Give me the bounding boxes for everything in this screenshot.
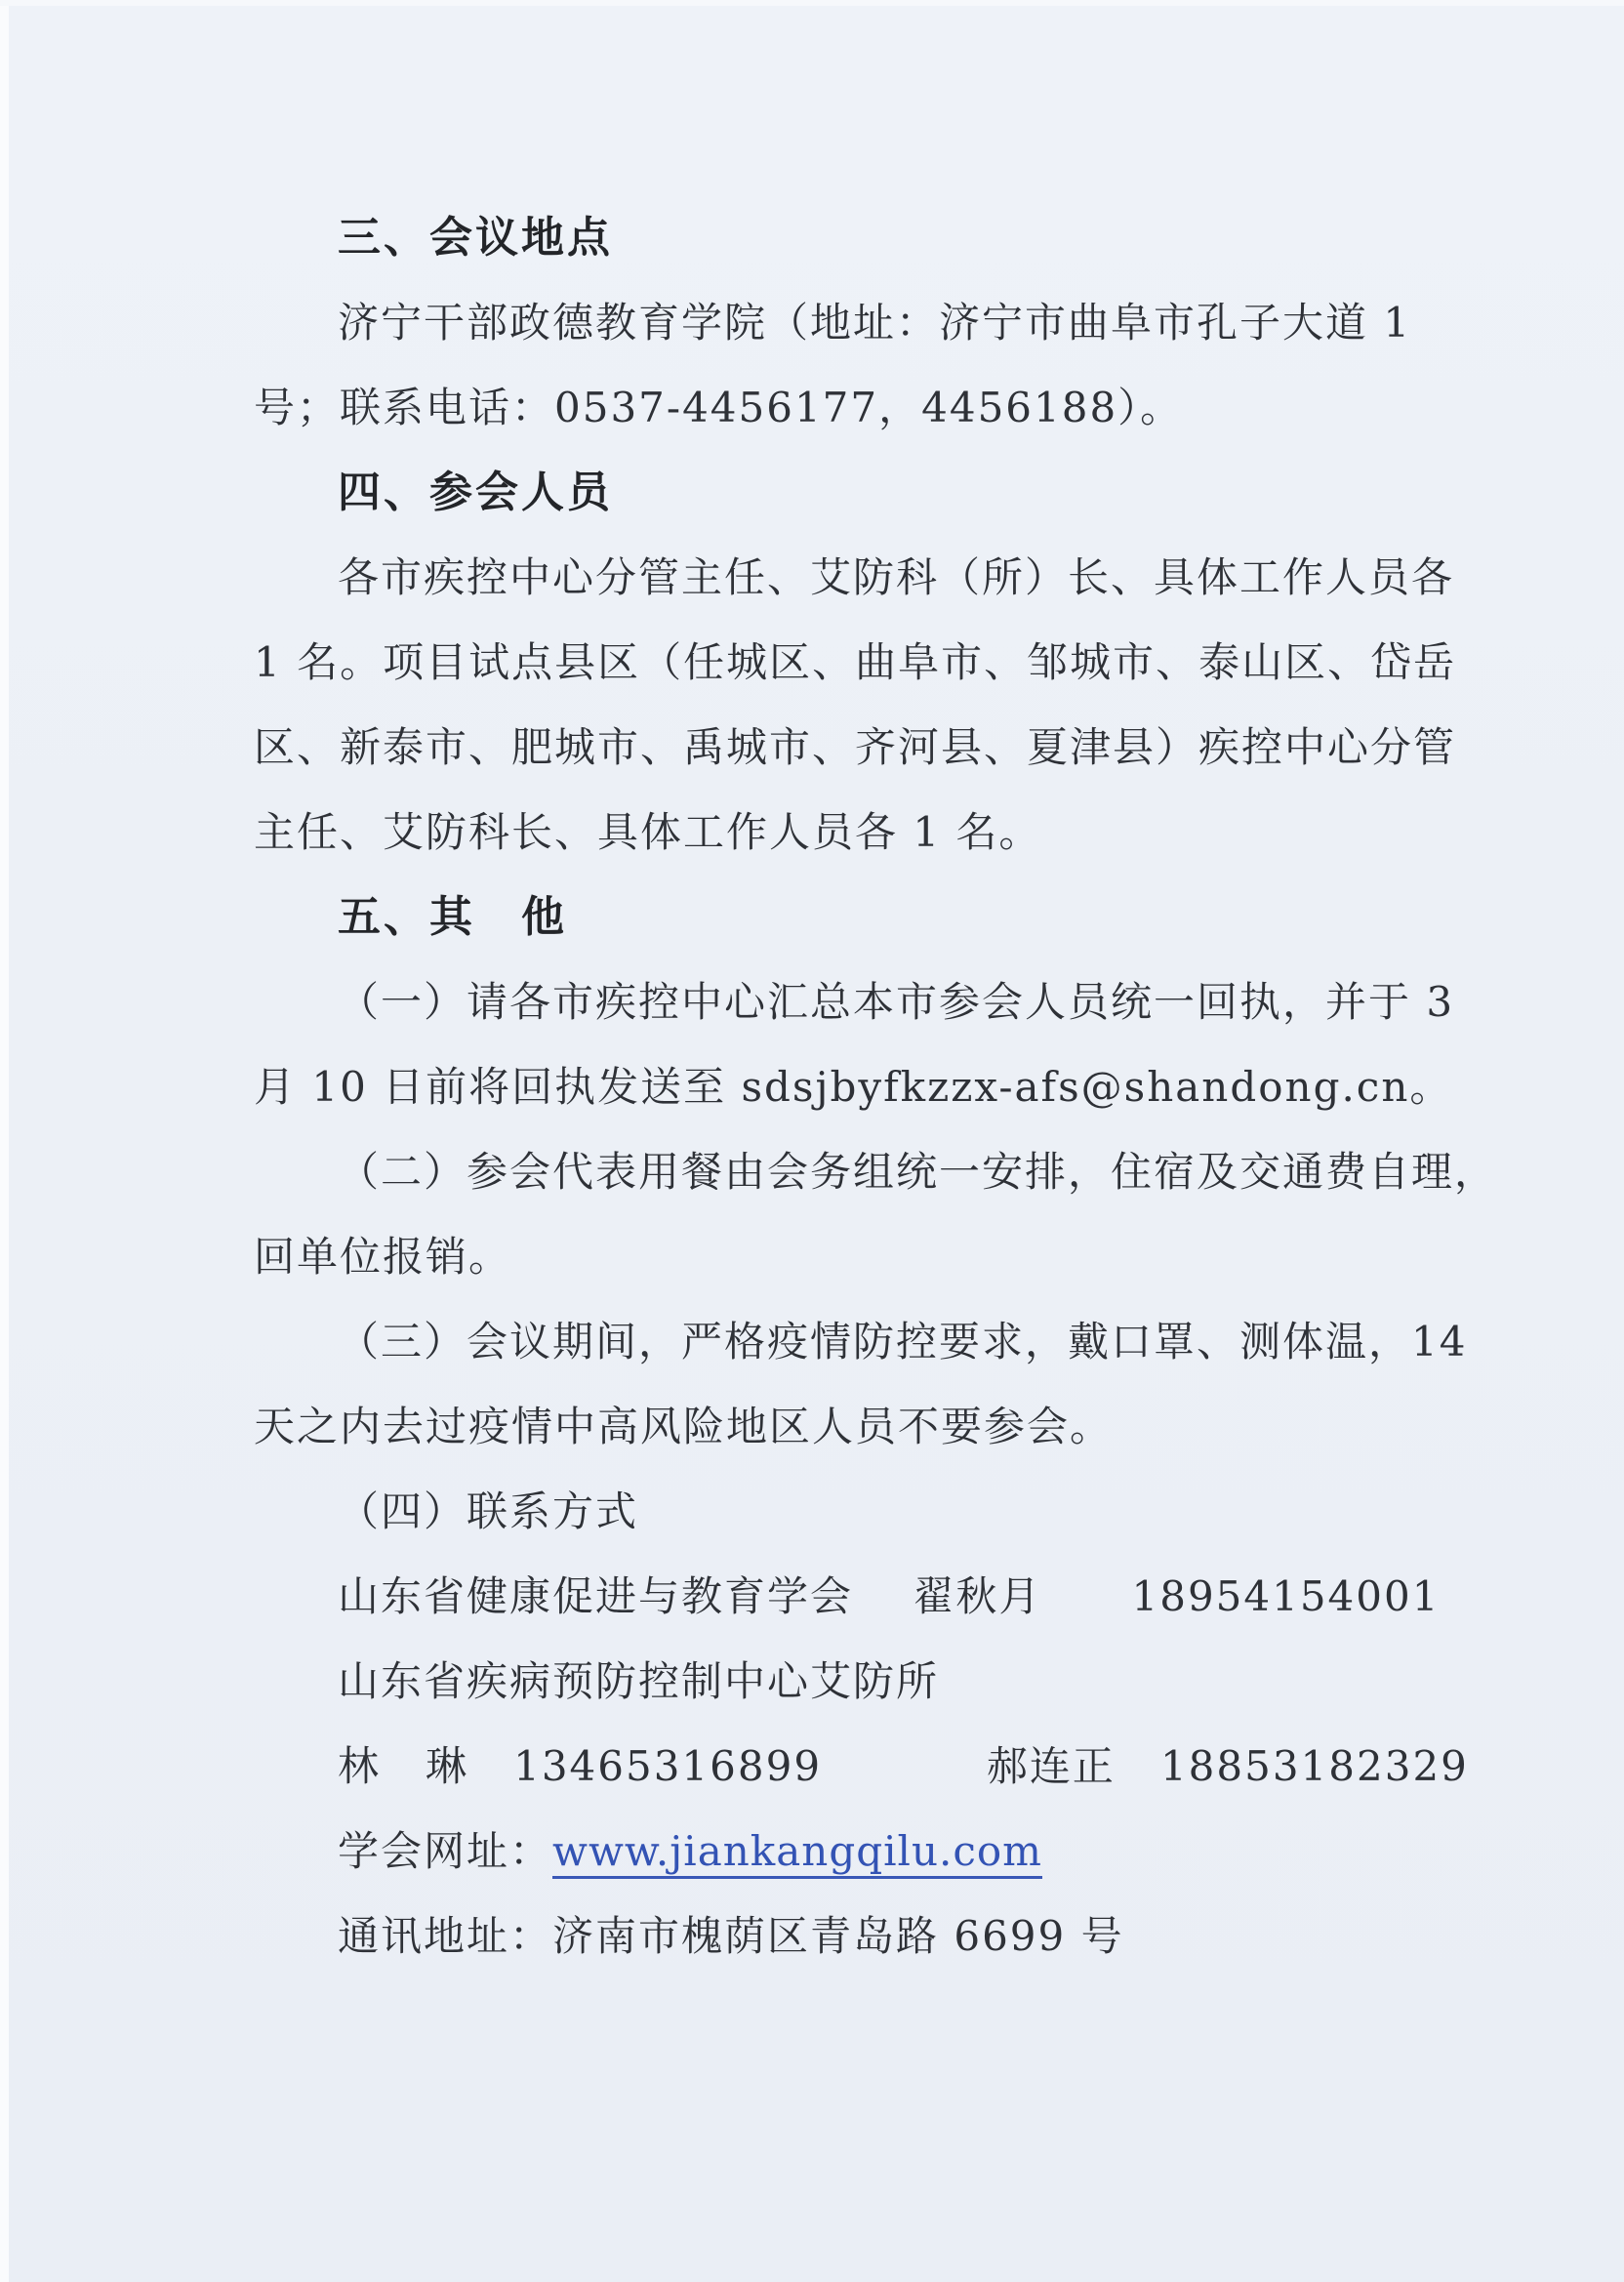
- body-line-item3-2: 天之内去过疫情中高风险地区人员不要参会。: [254, 1384, 1460, 1469]
- body-line-participants-2: 1 名。项目试点县区（任城区、曲阜市、邹城市、泰山区、岱岳: [254, 620, 1460, 705]
- body-line-venue-phone: 号；联系电话：0537-4456177，4456188）。: [254, 365, 1460, 450]
- contact-line-persons: 林 琳 13465316899 郝连正 18853182329: [254, 1724, 1460, 1809]
- website-label: 学会网址：: [338, 1827, 552, 1875]
- document-content: 三、会议地点 济宁干部政德教育学院（地址：济宁市曲阜市孔子大道 1 号；联系电话…: [254, 195, 1460, 1978]
- body-line-participants-3: 区、新泰市、肥城市、禹城市、齐河县、夏津县）疾控中心分管: [254, 705, 1460, 790]
- body-line-participants-4: 主任、艾防科长、具体工作人员各 1 名。: [254, 790, 1460, 875]
- contact-line-cdc: 山东省疾病预防控制中心艾防所: [254, 1639, 1460, 1724]
- contact-line-website: 学会网址：www.jiankangqilu.com: [254, 1809, 1460, 1894]
- section-heading-others: 五、其 他: [254, 875, 1460, 959]
- section-heading-meeting-location: 三、会议地点: [254, 195, 1460, 280]
- body-line-item3-1: （三）会议期间，严格疫情防控要求，戴口罩、测体温，14: [254, 1299, 1460, 1384]
- document-page: 三、会议地点 济宁干部政德教育学院（地址：济宁市曲阜市孔子大道 1 号；联系电话…: [0, 0, 1624, 2282]
- body-line-item2-1: （二）参会代表用餐由会务组统一安排，住宿及交通费自理，: [254, 1129, 1460, 1214]
- contact-line-postal-address: 通讯地址：济南市槐荫区青岛路 6699 号: [254, 1894, 1460, 1978]
- body-line-item4-contact-heading: （四）联系方式: [254, 1469, 1460, 1554]
- section-heading-participants: 四、参会人员: [254, 450, 1460, 535]
- scan-edge: [0, 0, 1624, 6]
- body-line-participants-1: 各市疾控中心分管主任、艾防科（所）长、具体工作人员各: [254, 535, 1460, 620]
- body-line-item1-1: （一）请各市疾控中心汇总本市参会人员统一回执，并于 3: [254, 959, 1460, 1044]
- contact-line-association: 山东省健康促进与教育学会 翟秋月 18954154001: [254, 1554, 1460, 1639]
- body-line-venue: 济宁干部政德教育学院（地址：济宁市曲阜市孔子大道 1: [254, 280, 1460, 365]
- website-link[interactable]: www.jiankangqilu.com: [552, 1827, 1042, 1879]
- scan-edge: [0, 0, 9, 2282]
- body-line-item1-2-email: 月 10 日前将回执发送至 sdsjbyfkzzx-afs@shandong.c…: [254, 1044, 1460, 1129]
- body-line-item2-2: 回单位报销。: [254, 1214, 1460, 1299]
